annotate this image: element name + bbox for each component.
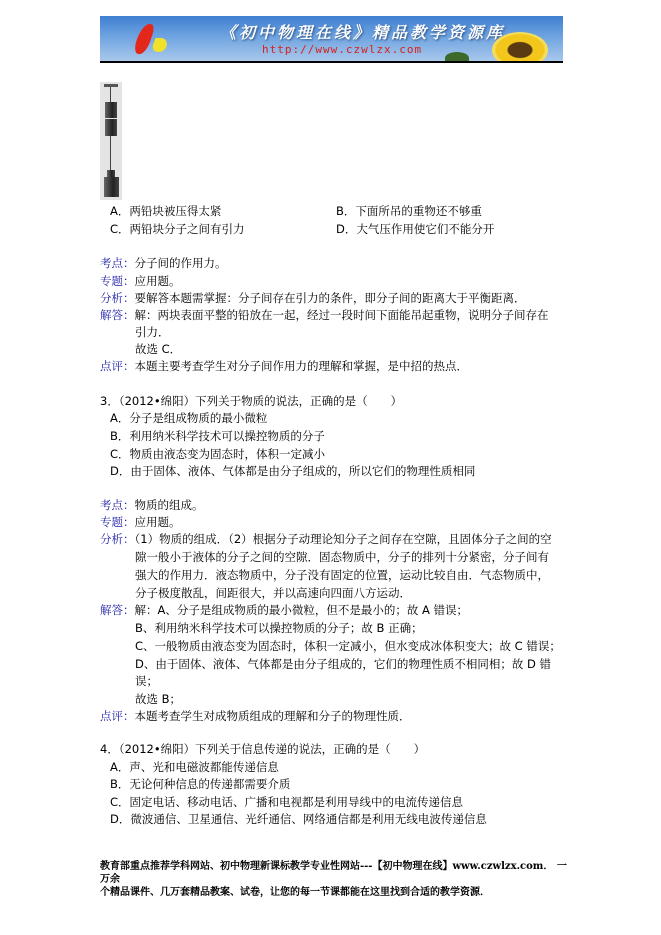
- q4-option-b: B．无论何种信息的传递都需要介质: [110, 776, 290, 792]
- hook-icon: [110, 87, 111, 102]
- option-b: B．下面所吊的重物还不够重: [336, 203, 482, 219]
- q3-option-a: A．分子是组成物质的最小微粒: [110, 410, 267, 426]
- q3-jieda-line: D、由于固体、液体、气体都是由分子组成的，它们的物理性质不相同相；故 D 错: [135, 656, 551, 672]
- page-footer: 教育部重点推荐学科网站、初中物理新课标教学专业性网站---【初中物理在线】www…: [100, 860, 570, 899]
- footer-line: 教育部重点推荐学科网站、初中物理新课标教学专业性网站---【初中物理在线】www…: [100, 860, 570, 886]
- banner-url[interactable]: http://www.czwlzx.com: [262, 43, 422, 56]
- q3-fenxi-line: 隙一般小于液体的分子之间的空隙．固态物质中，分子的排列十分紧密，分子间有: [135, 549, 549, 565]
- weight-cap: [107, 170, 115, 177]
- q3-option-d: D．由于固体、液体、气体都是由分子组成的，所以它们的物理性质相同: [110, 463, 475, 479]
- upper-lead-block: [105, 102, 117, 118]
- ceiling-mount-icon: [104, 84, 118, 87]
- hanging-weight: [104, 177, 119, 197]
- q3-kaodian: 考点：物质的组成。: [100, 497, 204, 513]
- q3-stem: 3．（2012•绵阳）下列关于物质的说法，正确的是（ ）: [100, 393, 402, 409]
- q3-option-b: B．利用纳米科学技术可以操控物质的分子: [110, 428, 325, 444]
- q3-jieda-answer: 故选 B；: [135, 691, 181, 707]
- lower-lead-block: [105, 119, 117, 136]
- banner-title: 《初中物理在线》精品教学资源库: [220, 20, 505, 43]
- hook-icon: [110, 136, 111, 170]
- q2-dianping: 点评：本题主要考查学生对分子间作用力的理解和掌握，是中招的热点．: [100, 358, 468, 374]
- option-a: A．两铅块被压得太紧: [110, 203, 221, 219]
- q2-zhuanti: 专题：应用题。: [100, 273, 181, 289]
- q3-jieda: 解答：解：A、分子是组成物质的最小微粒，但不是最小的；故 A 错误；: [100, 602, 468, 618]
- q3-fenxi-line: 强大的作用力．液态物质中，分子没有固定的位置，运动比较自由．气态物质中，: [135, 567, 549, 583]
- q3-option-c: C．物质由液态变为固态时，体积一定减小: [110, 446, 325, 462]
- sunflower-icon: [492, 32, 548, 61]
- q3-zhuanti: 专题：应用题。: [100, 514, 181, 530]
- q3-fenxi: 分析：（1）物质的组成．（2）根据分子动理论知分子之间存在空隙，且固体分子之间的…: [100, 531, 552, 547]
- leaf-icon: [445, 52, 469, 61]
- q3-fenxi-line: 分子极度散乱，间距很大，并以高速向四面八方运动．: [135, 585, 411, 601]
- q3-dianping: 点评：本题考查学生对成物质组成的理解和分子的物理性质．: [100, 708, 411, 724]
- q4-option-a: A．声、光和电磁波都能传递信息: [110, 759, 279, 775]
- logo-accent-icon: [150, 38, 169, 52]
- q3-jieda-line: B、利用纳米科学技术可以操控物质的分子；故 B 正确；: [135, 620, 423, 636]
- footer-line: 个精品课件、几万套精品教案、试卷，让您的每一节课都能在这里找到合适的教学资源．: [100, 886, 570, 899]
- q3-jieda-line: 误；: [135, 673, 158, 689]
- q2-jieda-answer: 故选 C．: [135, 341, 181, 357]
- q2-kaodian: 考点：分子间的作用力。: [100, 255, 227, 271]
- option-d: D．大气压作用使它们不能分开: [336, 221, 494, 237]
- header-divider: [100, 61, 563, 63]
- lead-blocks-hanging-weight-icon: [100, 82, 122, 200]
- q3-jieda-line: C、一般物质由液态变为固态时，体积一定减小，但水变成冰体积变大；故 C 错误；: [135, 638, 561, 654]
- option-c: C．两铅块分子之间有引力: [110, 221, 245, 237]
- q2-jieda: 解答：解：两块表面平整的铅放在一起，经过一段时间下面能吊起重物，说明分子间存在: [100, 307, 549, 323]
- q2-fenxi: 分析：要解答本题需掌握：分子间存在引力的条件，即分子间的距离大于平衡距离．: [100, 290, 526, 306]
- q2-jieda-line: 引力．: [135, 324, 170, 340]
- q4-option-c: C．固定电话、移动电话、广播和电视都是利用导线中的电流传递信息: [110, 794, 463, 810]
- site-banner: 《初中物理在线》精品教学资源库 http://www.czwlzx.com: [100, 16, 563, 61]
- q4-option-d: D．微波通信、卫星通信、光纤通信、网络通信都是利用无线电波传递信息: [110, 811, 487, 827]
- q4-stem: 4．（2012•绵阳）下列关于信息传递的说法，正确的是（ ）: [100, 741, 425, 757]
